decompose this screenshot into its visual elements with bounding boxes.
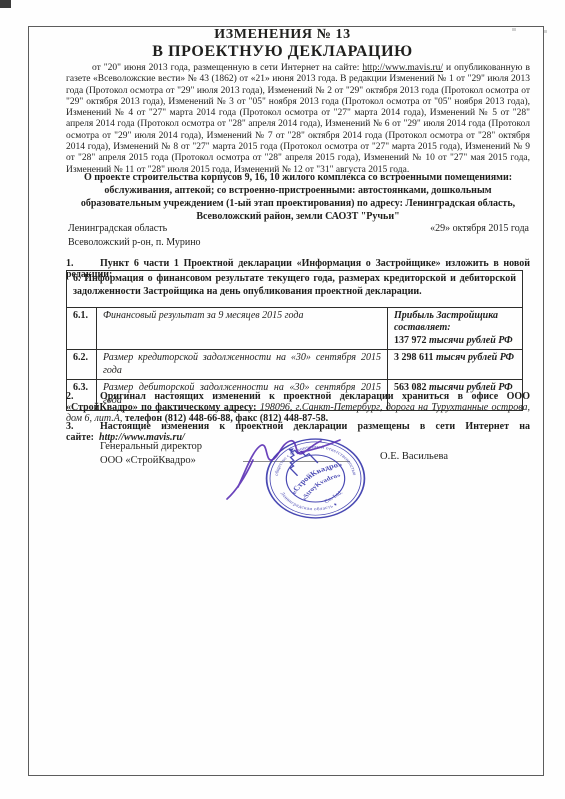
document-date: «29» октября 2015 года [430,223,529,234]
document-title-line2: В ПРОЕКТНУЮ ДЕКЛАРАЦИЮ [0,43,565,61]
financial-table: 6. Информация о финансовом результате те… [66,270,523,411]
unit: тысяч рублей РФ [433,352,514,363]
table-row: 6.1. Финансовый результат за 9 месяцев 2… [67,308,523,350]
table-header-row: 6. Информация о финансовом результате те… [67,271,523,308]
signer-company: ООО «СтройКвадро» [100,455,196,466]
item-2: 2.Оригинал настоящих изменений к проектн… [66,391,530,424]
table-row: 6.2. Размер кредиторской задолженности н… [67,350,523,380]
amount: 137 972 [394,335,427,346]
value-amount-line: 137 972 тысячи рублей РФ [394,335,516,347]
document-title-line1: ИЗМЕНЕНИЯ № 13 [0,27,565,43]
scan-artifact [0,0,11,8]
location-region: Ленинградская область [68,223,167,234]
row-value: Прибыль Застройщика составляет:137 972 т… [388,308,523,350]
amendments-history-paragraph: от "20" июня 2013 года, размещенную в се… [66,63,530,176]
row-description: Размер кредиторской задолженности на «30… [97,350,388,380]
website-link: http://www.mavis.ru/ [362,63,443,73]
value-prefix: Прибыль Застройщика составляет: [394,310,498,333]
stamp-outer-circle [267,439,365,518]
intro-suffix: и опубликованную в газете «Всеволожские … [66,63,530,175]
row-description: Финансовый результат за 9 месяцев 2015 г… [97,308,388,350]
company-stamp: общество с ограниченной ответственностью… [264,437,367,520]
item-3-number: 3. [66,421,100,432]
stamp-co-ltd: Co. Ltd. [323,490,344,505]
signer-name: О.Е. Васильева [380,451,448,462]
item-1-number: 1. [66,258,100,269]
location-district: Всеволожский р-он, п. Мурино [68,237,201,248]
row-value: 3 298 611 тысяч рублей РФ [388,350,523,380]
row-number: 6.2. [67,350,97,380]
document-page: ИЗМЕНЕНИЯ № 13 В ПРОЕКТНУЮ ДЕКЛАРАЦИЮ от… [0,0,565,799]
item-2-number: 2. [66,391,100,402]
row-number: 6.1. [67,308,97,350]
unit: тысячи рублей РФ [427,335,513,346]
stamp-mid-circle [270,442,361,515]
intro-prefix: от "20" июня 2013 года, размещенную в се… [92,63,362,73]
amount: 3 298 611 [394,352,433,363]
project-description: О проекте строительства корпусов 9, 16, … [66,171,530,223]
table-header-cell: 6. Информация о финансовом результате те… [67,271,523,308]
signer-role: Генеральный директор [100,441,202,452]
